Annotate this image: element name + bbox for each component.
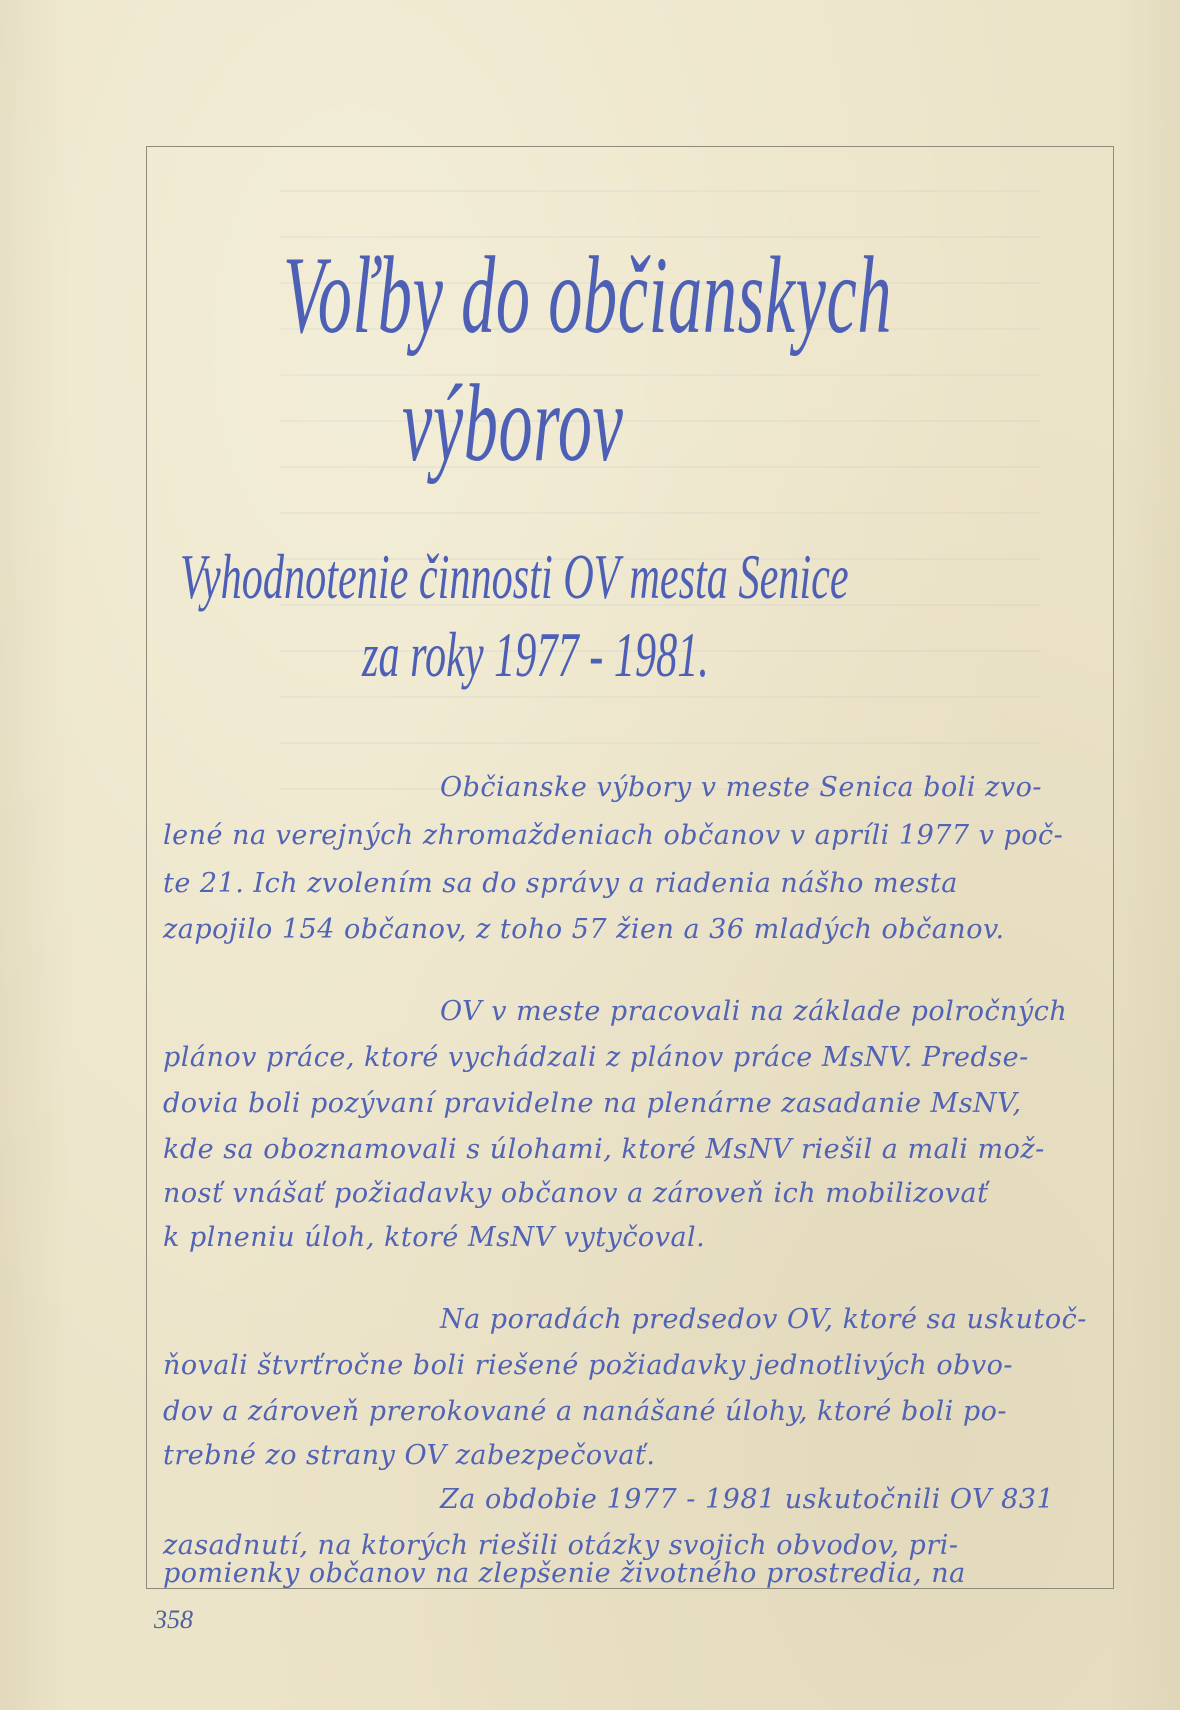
subtitle-line-1: Vyhodnotenie činnosti OV mesta Senice xyxy=(180,540,849,614)
title-line-2: výborov xyxy=(402,360,623,487)
paragraph-line: zasadnutí, na ktorých riešili otázky svo… xyxy=(163,1530,958,1561)
paragraph-line: kde sa oboznamovali s úlohami, ktoré MsN… xyxy=(163,1134,1045,1165)
title-line-1: Voľby do občianskych xyxy=(283,232,892,359)
paragraph-line: nosť vnášať požiadavky občanov a zároveň… xyxy=(163,1178,988,1209)
paragraph-line: OV v meste pracovali na základe polročný… xyxy=(440,996,1067,1027)
paragraph-line: te 21. Ich zvolením sa do správy a riade… xyxy=(163,868,958,899)
paragraph-line: Na poradách predsedov OV, ktoré sa uskut… xyxy=(440,1304,1087,1335)
subtitle-line-2: za roky 1977 - 1981. xyxy=(362,618,709,692)
paragraph-line: plánov práce, ktoré vychádzali z plánov … xyxy=(163,1042,1029,1073)
paragraph-line: Občianske výbory v meste Senica boli zvo… xyxy=(440,772,1042,803)
paragraph-line: dovia boli pozývaní pravidelne na plenár… xyxy=(163,1088,1022,1119)
paragraph-line: pomienky občanov na zlepšenie životného … xyxy=(163,1558,966,1589)
paragraph-line: lené na verejných zhromaždeniach občanov… xyxy=(163,820,1063,851)
paragraph-line: k plneniu úloh, ktoré MsNV vytyčoval. xyxy=(163,1222,705,1253)
paragraph-line: trebné zo strany OV zabezpečovať. xyxy=(163,1440,655,1471)
paragraph-line: dov a zároveň prerokované a nanášané úlo… xyxy=(163,1396,1007,1427)
paragraph-line: ňovali štvrťročne boli riešené požiadavk… xyxy=(163,1350,1013,1381)
paragraph-line: Za obdobie 1977 - 1981 uskutočnili OV 83… xyxy=(440,1484,1054,1515)
paragraph-line: zapojilo 154 občanov, z toho 57 žien a 3… xyxy=(163,914,1005,945)
page-number: 358 xyxy=(154,1605,193,1635)
